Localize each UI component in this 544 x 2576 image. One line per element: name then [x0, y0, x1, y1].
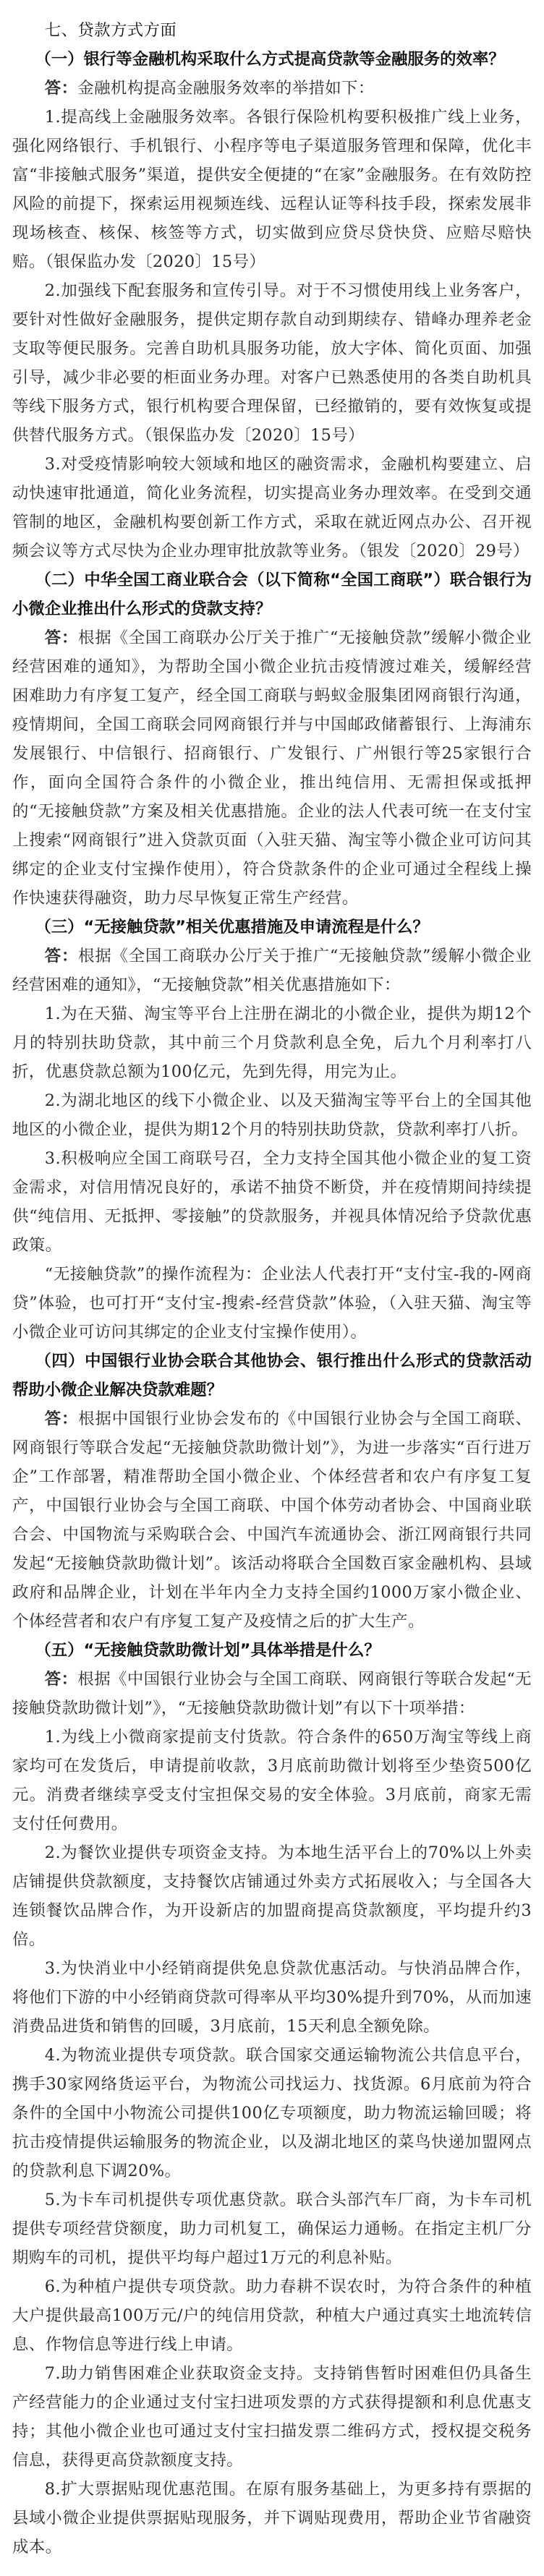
list-item: 8.扩大票据贴现优惠范围。在原有服务基础上，为更多持有票据的县域小微企业提供票据…: [12, 2475, 532, 2562]
answer-intro-1: 答：金融机构提高金融服务效率的举措如下：: [12, 74, 532, 103]
answer-4: 答：根据中国银行业协会发布的《中国银行业协会与全国工商联、网商银行等联合发起“无…: [12, 1404, 532, 1636]
question-heading-4: （四）中国银行业协会联合其他协会、银行推出什么形式的贷款活动帮助小微企业解决贷款…: [12, 1347, 532, 1404]
list-item: 1.为线上小微商家提前支付货款。符合条件的650万淘宝等线上商家均可在发货后，申…: [12, 1723, 532, 1838]
answer-label: 答：: [45, 628, 78, 647]
list-item: 5.为卡车司机提供专项优惠贷款。联合头部汽车厂商，为卡车司机提供专项经营贷额度，…: [12, 2185, 532, 2272]
answer-label: 答：: [45, 79, 78, 98]
list-item: 3.对受疫情影响较大领域和地区的融资需求，金融机构要建立、启动快速审批通道，简化…: [12, 450, 532, 566]
answer-intro-3: 答：根据《全国工商联办公厅关于推广“无接触贷款”缓解小微企业经营困难的通知》，“…: [12, 942, 532, 999]
process-description: “无接触贷款”的操作流程为：企业法人代表打开“支付宝-我的-网商贷”体验，也可打…: [12, 1260, 532, 1347]
answer-label: 答：: [45, 1670, 78, 1689]
question-heading-2: （二）中华全国工商业联合会（以下简称“全国工商联”）联合银行为小微企业推出什么形…: [12, 566, 532, 623]
document: 七、贷款方式方面 （一）银行等金融机构采取什么方式提高贷款等金融服务的效率？ 答…: [0, 0, 544, 2576]
list-item: 2.为湖北地区的线下小微企业、以及天猫淘宝等平台上的全国其他地区的小微企业，提供…: [12, 1086, 532, 1144]
question-heading-3: （三）“无接触贷款”相关优惠措施及申请流程是什么？: [12, 913, 532, 942]
list-item: 2.为餐饮业提供专项资金支持。为本地生活平台上的70%以上外卖店铺提供贷款额度，…: [12, 1838, 532, 1954]
list-item: 7.助力销售困难企业获取资金支持。支持销售暂时困难但仍具备生产经营能力的企业通过…: [12, 2359, 532, 2475]
list-item: 1.为在天猫、淘宝等平台上注册在湖北的小微企业，提供为期12个月的特别扶助贷款，…: [12, 999, 532, 1086]
section-title: 七、贷款方式方面: [12, 16, 532, 45]
list-item: 2.加强线下配套服务和宣传引导。对于不习惯使用线上业务客户，要针对性做好金融服务…: [12, 276, 532, 450]
question-heading-5: （五）“无接触贷款助微计划”具体举措是什么？: [12, 1636, 532, 1665]
list-item: 1.提高线上金融服务效率。各银行保险机构要积极推广线上业务，强化网络银行、手机银…: [12, 103, 532, 276]
list-item: 6.为种植户提供专项贷款。助力春耕不误农时，为符合条件的种植大户提供最高100万…: [12, 2272, 532, 2359]
list-item: 4.为物流业提供专项贷款。联合国家交通运输物流公共信息平台，携手30家网络货运平…: [12, 2041, 532, 2185]
answer-label: 答：: [45, 1409, 78, 1428]
question-heading-1: （一）银行等金融机构采取什么方式提高贷款等金融服务的效率？: [12, 45, 532, 74]
list-item: 3.积极响应全国工商联号召，全力支持全国其他小微企业的复工资金需求，对信用情况良…: [12, 1144, 532, 1260]
answer-intro-5: 答：根据《中国银行业协会与全国工商联、网商银行等联合发起“无接触贷款助微计划”》…: [12, 1665, 532, 1723]
list-item: 3.为快消业中小经销商提供免息贷款优惠活动。与快消品牌合作，将他们下游的中小经销…: [12, 1954, 532, 2041]
answer-2: 答：根据《全国工商联办公厅关于推广“无接触贷款”缓解小微企业经营困难的通知》，为…: [12, 623, 532, 913]
answer-label: 答：: [45, 947, 78, 965]
